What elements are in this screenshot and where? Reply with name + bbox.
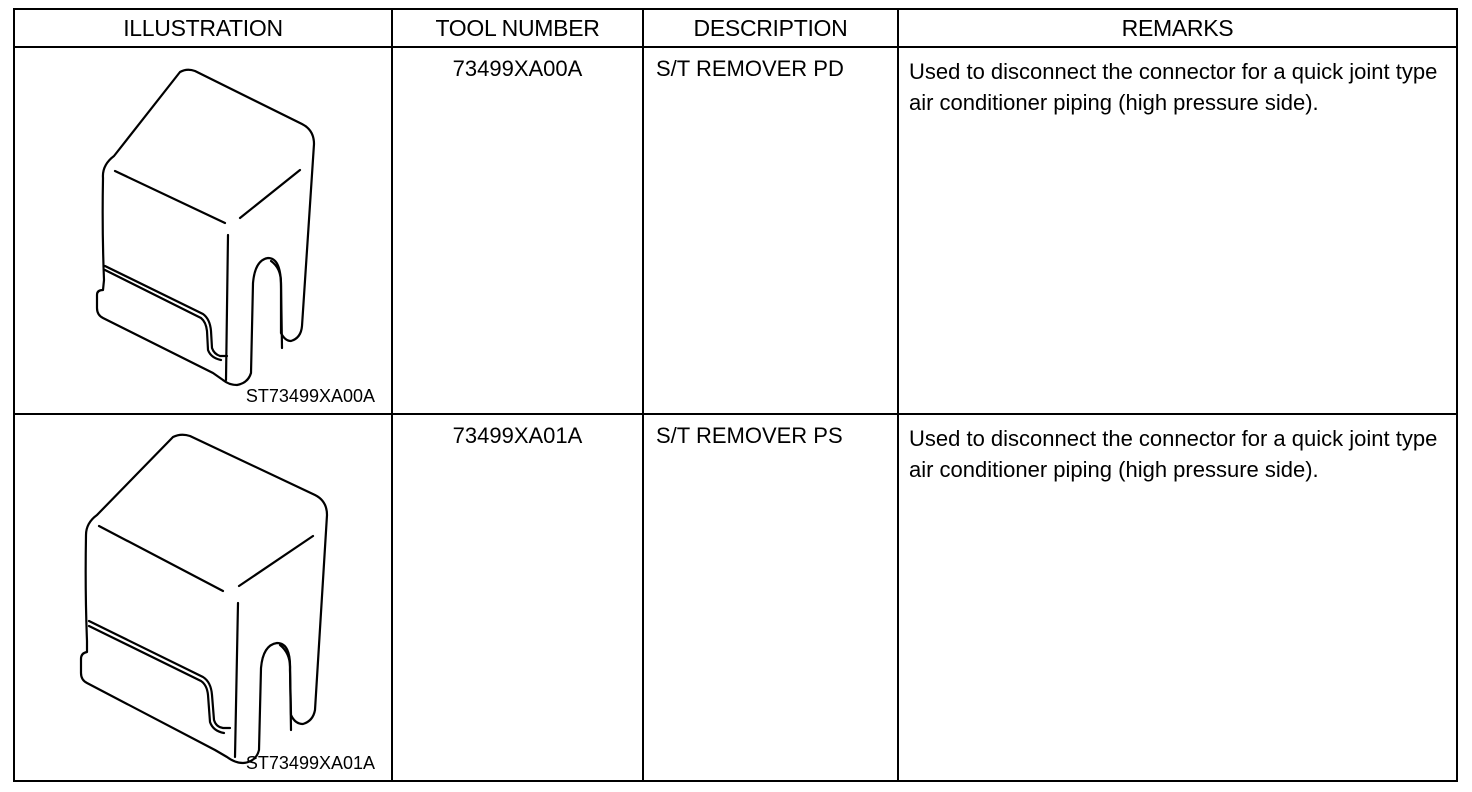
remarks: Used to disconnect the connector for a q… [898,47,1457,414]
header-description: DESCRIPTION [643,9,898,47]
description: S/T REMOVER PD [643,47,898,414]
illustration-code: ST73499XA01A [246,753,375,774]
special-tool-remover-icon [15,48,391,413]
table-row: ST73499XA01A 73499XA01A S/T REMOVER PS U… [14,414,1457,781]
header-remarks: REMARKS [898,9,1457,47]
tool-number: 73499XA01A [392,414,643,781]
header-illustration: ILLUSTRATION [14,9,392,47]
special-tool-remover-icon [15,415,391,780]
illustration-code: ST73499XA00A [246,386,375,407]
tool-number: 73499XA00A [392,47,643,414]
header-row: ILLUSTRATION TOOL NUMBER DESCRIPTION REM… [14,9,1457,47]
header-tool-number: TOOL NUMBER [392,9,643,47]
illustration-cell: ST73499XA01A [14,414,392,781]
special-tools-table: ILLUSTRATION TOOL NUMBER DESCRIPTION REM… [13,8,1458,782]
table-row: ST73499XA00A 73499XA00A S/T REMOVER PD U… [14,47,1457,414]
illustration-cell: ST73499XA00A [14,47,392,414]
remarks: Used to disconnect the connector for a q… [898,414,1457,781]
description: S/T REMOVER PS [643,414,898,781]
